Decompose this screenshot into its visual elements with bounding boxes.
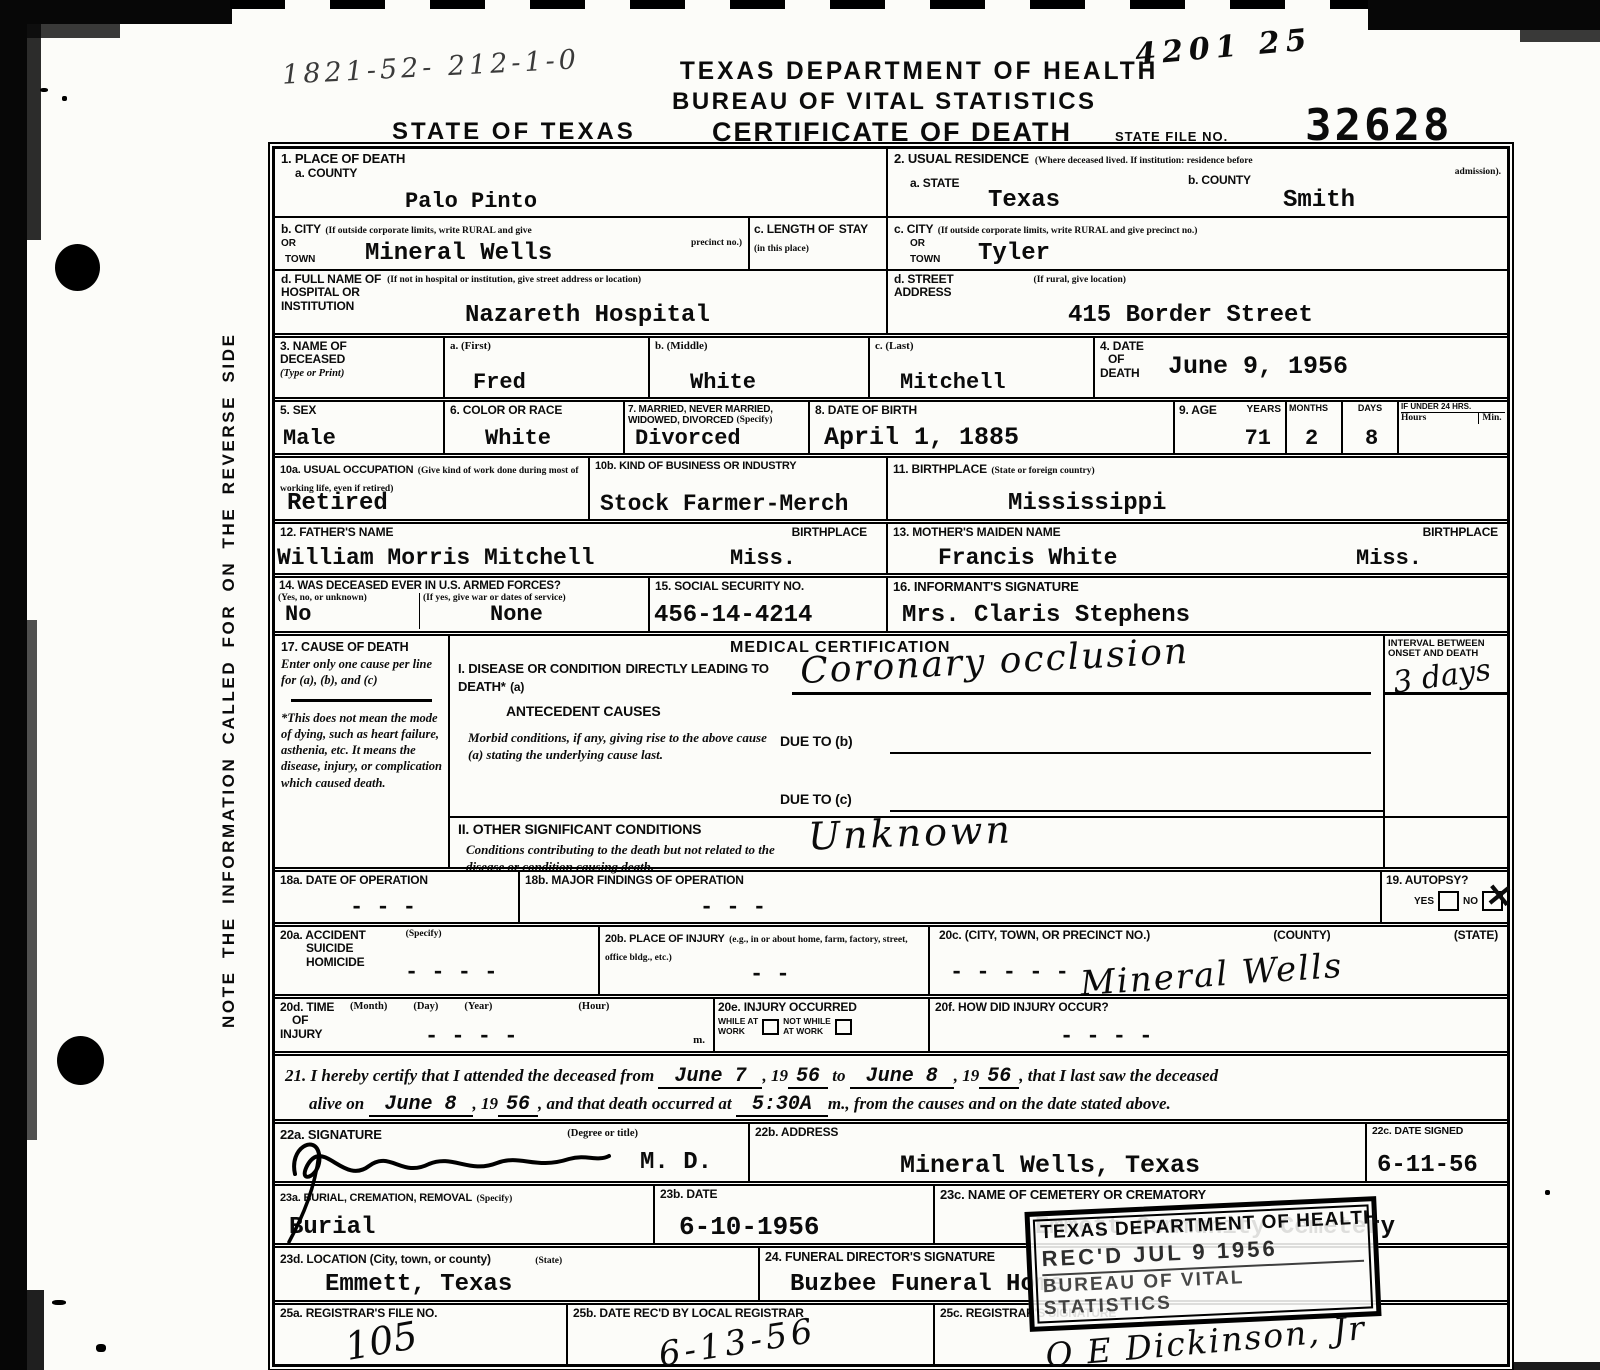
field-label: 23b. DATE	[660, 1188, 928, 1201]
field-label: BIRTHPLACE	[1335, 526, 1498, 539]
field-place-of-injury: 20b. PLACE OF INJURY (e.g., in or about …	[600, 927, 930, 994]
field-label: 10b. KIND OF BUSINESS OR INDUSTRY	[595, 460, 881, 472]
field-operation-findings: 18b. MAJOR FINDINGS OF OPERATION - - -	[520, 872, 1382, 922]
certify-text: alive on	[309, 1094, 364, 1113]
marital-value: Divorced	[635, 428, 741, 450]
rule-line	[1385, 692, 1507, 695]
rule-line-b	[890, 752, 1371, 754]
field-last-name: c. (Last) Mitchell	[870, 338, 1095, 397]
field-race: 6. COLOR OR RACE White	[445, 402, 625, 453]
scan-edge-left	[27, 620, 37, 1140]
field-label: 20d. TIME	[280, 1000, 334, 1014]
field-physician-address: 22b. ADDRESS Mineral Wells, Texas	[750, 1124, 1367, 1181]
field-label: 17. CAUSE OF DEATH	[281, 640, 442, 654]
field-label: 18b. MAJOR FINDINGS OF OPERATION	[525, 874, 1375, 887]
field-date-recd: 25b. DATE REC'D BY LOCAL REGISTRAR 6-13-…	[568, 1305, 935, 1364]
scan-edge-top-right	[1520, 30, 1600, 42]
date-recd-value: 6-13-56	[656, 1314, 819, 1370]
field-label: II. OTHER SIGNIFICANT CONDITIONS	[458, 822, 701, 838]
field-mother-name: 13. MOTHER'S MAIDEN NAME Francis White	[888, 524, 1330, 573]
birthplace-value: Mississippi	[1008, 492, 1166, 516]
field-label: 9. AGE	[1179, 404, 1217, 417]
field-note: (If outside corporate limits, write RURA…	[938, 226, 1198, 236]
field-label: Hours	[1401, 413, 1479, 424]
field-label: 22c. DATE SIGNED	[1372, 1126, 1502, 1138]
field-date-of-birth: 8. DATE OF BIRTH April 1, 1885	[810, 402, 1175, 453]
how-injury-value: - - - -	[1060, 1026, 1152, 1048]
field-label: (STATE)	[1454, 929, 1498, 942]
street-address-value: 415 Border Street	[1068, 304, 1313, 328]
field-label: c. (Last)	[875, 340, 1088, 353]
field-label: DEATH	[1100, 366, 1139, 380]
attended-from-year: 56	[788, 1067, 828, 1089]
autopsy-yes-label: YES	[1414, 896, 1434, 907]
row-place-residence: 1. PLACE OF DEATH a. COUNTY Palo Pinto b…	[275, 149, 1507, 333]
field-label: 20f. HOW DID INJURY OCCUR?	[935, 1001, 1502, 1014]
field-note: (Type or Print)	[280, 367, 438, 381]
header-certificate-title: CERTIFICATE OF DEATH	[712, 117, 1072, 148]
row-name-dod: 3. NAME OF DECEASED (Type or Print) a. (…	[275, 333, 1507, 397]
field-note: m.	[693, 1034, 705, 1047]
industry-value: Stock Farmer-Merch	[600, 493, 848, 516]
field-label: d. FULL NAME OF	[281, 273, 381, 286]
field-label: 4. DATE OF DEATH	[1100, 340, 1152, 380]
field-name-of-deceased: 3. NAME OF DECEASED (Type or Print)	[275, 338, 445, 397]
field-note: (If outside corporate limits, write RURA…	[325, 226, 531, 236]
last-name-value: Mitchell	[900, 372, 1006, 394]
dob-value: April 1, 1885	[824, 425, 1019, 450]
handwritten-file-annotation: 1821-52- 212-1-0	[281, 44, 580, 91]
field-armed-forces-detail: (If yes, give war or dates of service) N…	[420, 593, 648, 629]
scan-speck	[62, 96, 67, 101]
field-industry: 10b. KIND OF BUSINESS OR INDUSTRY Stock …	[590, 458, 888, 519]
field-place-of-death: 1. PLACE OF DEATH a. COUNTY Palo Pinto b…	[275, 149, 888, 333]
hole-punch	[57, 1036, 104, 1085]
father-name-value: William Morris Mitchell	[277, 547, 594, 570]
field-label: DECEASED	[280, 353, 438, 366]
field-how-injury-occurred: 20f. HOW DID INJURY OCCUR? - - - -	[930, 999, 1507, 1051]
field-medical-certification: MEDICAL CERTIFICATION I. DISEASE OR COND…	[450, 636, 1385, 867]
field-label: OF	[1108, 352, 1124, 366]
burial-date-value: 6-10-1956	[679, 1214, 819, 1240]
row-service-informant: 14. WAS DECEASED EVER IN U.S. ARMED FORC…	[275, 573, 1507, 631]
field-label: DUE TO (c)	[780, 792, 852, 808]
field-injury-occurred: 20e. INJURY OCCURRED WHILE AT WORK NOT W…	[715, 999, 930, 1051]
field-date-signed: 22c. DATE SIGNED 6-11-56	[1367, 1124, 1507, 1181]
field-label: 23d. LOCATION (City, town, or county)	[280, 1252, 491, 1266]
residence-county-value: Smith	[1283, 189, 1355, 213]
mother-name-value: Francis White	[938, 547, 1117, 570]
field-date-of-death: 4. DATE OF DEATH June 9, 1956	[1095, 338, 1507, 397]
field-label: BIRTHPLACE	[645, 526, 867, 539]
county-value: Palo Pinto	[405, 191, 537, 213]
scan-edge-top	[230, 0, 1370, 9]
reverse-side-note: NOTE THE INFORMATION CALLED FOR ON THE R…	[219, 328, 239, 1028]
field-place-city: b. CITY (If outside corporate limits, wr…	[275, 216, 886, 269]
field-physician-signature: 22a. SIGNATURE (Degree or title) M. D.	[275, 1124, 750, 1181]
certify-text: , 19	[954, 1066, 980, 1085]
field-note: Morbid conditions, if any, giving rise t…	[468, 730, 768, 764]
hole-punch	[55, 244, 100, 291]
row-medical-certification: 17. CAUSE OF DEATH Enter only one cause …	[275, 631, 1507, 867]
field-armed-forces: 14. WAS DECEASED EVER IN U.S. ARMED FORC…	[275, 578, 650, 631]
field-armed-forces-answer: (Yes, no, or unknown) No	[275, 593, 420, 629]
field-informant: 16. INFORMANT'S SIGNATURE Mrs. Claris St…	[888, 578, 1507, 631]
scan-edge-left	[0, 0, 27, 1370]
informant-value: Mrs. Claris Stephens	[902, 604, 1190, 628]
field-label: 8. DATE OF BIRTH	[815, 404, 1168, 417]
field-label: WORK	[718, 1026, 745, 1036]
field-label: YEARS	[1247, 404, 1281, 417]
field-label: IF UNDER 24 HRS.	[1401, 403, 1505, 412]
field-label: ADDRESS	[894, 286, 954, 299]
field-label: 1. PLACE OF DEATH	[281, 152, 880, 167]
field-ssn: 15. SOCIAL SECURITY NO. 456-14-4214	[650, 578, 888, 631]
last-seen-alive-value: June 8	[369, 1095, 473, 1117]
field-injury-location: 20c. (CITY, TOWN, OR PRECINCT NO.) (COUN…	[930, 927, 1507, 994]
field-note: precinct no.)	[691, 238, 742, 249]
field-label: b. (Middle)	[655, 340, 863, 353]
field-label: INSTITUTION	[281, 300, 381, 313]
field-label: 20d. TIME OF INJURY	[280, 1001, 342, 1041]
field-label: 11. BIRTHPLACE	[893, 462, 987, 476]
date-signed-value: 6-11-56	[1377, 1154, 1478, 1178]
field-label: 4. DATE	[1100, 339, 1144, 353]
field-label: 18a. DATE OF OPERATION	[280, 874, 513, 887]
state-file-no-label: STATE FILE NO.	[1115, 129, 1228, 144]
field-label: 10a. USUAL OCCUPATION	[280, 464, 413, 476]
field-label: 25b. DATE REC'D BY LOCAL REGISTRAR	[573, 1307, 928, 1320]
field-label: 3. NAME OF	[280, 340, 438, 353]
x-mark-icon: ✕	[1484, 876, 1515, 917]
while-at-work-label: WHILE AT WORK	[718, 1017, 758, 1036]
field-label: DUE TO (b)	[780, 734, 852, 750]
field-hospital: d. FULL NAME OF HOSPITAL OR INSTITUTION …	[275, 269, 886, 331]
field-date-of-operation: 18a. DATE OF OPERATION - - -	[275, 872, 520, 922]
field-accident-suicide-homicide: 20a. ACCIDENT SUICIDE HOMICIDE (Specify)…	[275, 927, 600, 994]
hospital-value: Nazareth Hospital	[465, 304, 710, 328]
field-label: WIDOWED, DIVORCED	[628, 415, 734, 426]
field-label: STAY	[839, 222, 868, 236]
city-value: Mineral Wells	[365, 242, 552, 266]
field-label: OR	[281, 238, 296, 249]
attended-from-value: June 7	[658, 1067, 762, 1089]
not-while-at-work-checkbox	[835, 1019, 852, 1035]
attended-to-value: June 8	[850, 1067, 954, 1089]
header-bureau: BUREAU OF VITAL STATISTICS	[672, 88, 1097, 116]
field-label: HOSPITAL OR	[281, 286, 381, 299]
date-of-death-value: June 9, 1956	[1168, 354, 1502, 379]
field-note: (Where deceased lived. If institution: r…	[1035, 156, 1253, 167]
field-autopsy: 19. AUTOPSY? YES NO ✕	[1382, 872, 1507, 922]
registrar-file-no-value: 105	[342, 1316, 420, 1366]
row-injury-2: 20d. TIME OF INJURY (Month) (Day) (Year)…	[275, 994, 1507, 1051]
residence-state-value: Texas	[988, 189, 1060, 213]
field-residence-state-county: 2. USUAL RESIDENCE (Where deceased lived…	[888, 149, 1507, 216]
field-label: Min.	[1479, 413, 1505, 424]
field-label: 19. AUTOPSY?	[1386, 874, 1503, 887]
scan-speck	[52, 1300, 66, 1305]
certify-text: , 19	[762, 1066, 788, 1085]
findings-value: - - -	[700, 897, 766, 919]
field-father-birthplace: BIRTHPLACE Miss.	[640, 524, 888, 573]
field-marital-status: 7. MARRIED, NEVER MARRIED, WIDOWED, DIVO…	[625, 402, 810, 453]
while-at-work-checkbox	[762, 1019, 779, 1035]
field-label: c. LENGTH OF	[754, 222, 834, 236]
field-father-name: 12. FATHER'S NAME William Morris Mitchel…	[275, 524, 640, 573]
certify-statement: 21. I hereby certify that I attended the…	[275, 1056, 1507, 1119]
field-label: 20c. (CITY, TOWN, OR PRECINCT NO.)	[939, 929, 1150, 942]
field-label: AT WORK	[783, 1026, 823, 1036]
residence-city-value: Tyler	[978, 242, 1050, 266]
armed-forces-value: No	[285, 604, 311, 626]
field-burial-location: 23d. LOCATION (City, town, or county) (S…	[275, 1248, 760, 1300]
field-label: 23c. NAME OF CEMETERY OR CREMATORY	[940, 1188, 1502, 1203]
field-label: TOWN	[910, 254, 940, 265]
field-label: SUICIDE	[306, 942, 366, 955]
field-middle-name: b. (Middle) White	[650, 338, 870, 397]
certify-text: m., from the causes and on the date stat…	[828, 1094, 1171, 1113]
field-label: 15. SOCIAL SECURITY NO.	[655, 580, 881, 593]
field-label: 13. MOTHER'S MAIDEN NAME	[893, 526, 1325, 539]
field-label: 20a. ACCIDENT	[280, 929, 366, 942]
field-age-days: DAYS 8	[1343, 402, 1399, 453]
autopsy-no-checkbox: ✕	[1482, 891, 1503, 911]
field-label: I. DISEASE OR CONDITION	[458, 661, 621, 676]
age-months-value: 2	[1305, 428, 1318, 450]
death-time-value: 5:30A	[736, 1095, 828, 1117]
scan-edge-bottom-left	[0, 1290, 44, 1370]
time-of-injury-value: - - - -	[425, 1026, 517, 1048]
field-label: MONTHS	[1289, 404, 1339, 414]
field-label: 6. COLOR OR RACE	[450, 404, 618, 417]
field-birthplace: 11. BIRTHPLACE (State or foreign country…	[888, 458, 1507, 519]
field-place-county: 1. PLACE OF DEATH a. COUNTY Palo Pinto	[275, 149, 886, 216]
field-label: (a)	[510, 680, 524, 694]
field-label: OF	[292, 1013, 308, 1027]
age-years-value: 71	[1245, 428, 1271, 450]
age-days-value: 8	[1365, 428, 1378, 450]
scan-speck	[40, 88, 48, 92]
field-label: c. CITY	[894, 222, 933, 236]
field-label: (COUNTY)	[1273, 929, 1330, 942]
middle-name-value: White	[690, 372, 756, 394]
field-disease-label: I. DISEASE OR CONDITION DIRECTLY LEADING…	[458, 660, 788, 696]
scan-edge-top	[0, 24, 120, 38]
scan-speck	[1545, 1190, 1550, 1195]
field-note: (State or foreign country)	[991, 466, 1094, 476]
sex-value: Male	[283, 428, 336, 450]
father-birthplace-value: Miss.	[730, 548, 796, 570]
field-label: ANTECEDENT CAUSES	[506, 704, 661, 720]
field-label: INJURY	[280, 1027, 322, 1041]
physician-signature-scrawl	[281, 1130, 611, 1250]
field-mother-birthplace: BIRTHPLACE Miss.	[1330, 524, 1507, 573]
funeral-director-value: Buzbee Funeral Home	[790, 1273, 1064, 1297]
field-label: 14. WAS DECEASED EVER IN U.S. ARMED FORC…	[275, 578, 648, 593]
field-label: 22b. ADDRESS	[755, 1126, 1360, 1139]
rule-line	[1385, 816, 1507, 818]
field-usual-residence: 2. USUAL RESIDENCE (Where deceased lived…	[888, 149, 1507, 333]
field-note: (in this place)	[754, 244, 809, 254]
header-department: TEXAS DEPARTMENT OF HEALTH	[680, 57, 1158, 86]
certify-text: 21. I hereby certify that I attended the…	[285, 1066, 654, 1085]
row-occupation: 10a. USUAL OCCUPATION (Give kind of work…	[275, 453, 1507, 519]
divider	[291, 699, 433, 702]
mother-birthplace-value: Miss.	[1356, 548, 1422, 570]
row-operation: 18a. DATE OF OPERATION - - - 18b. MAJOR …	[275, 867, 1507, 922]
row-vitals: 5. SEX Male 6. COLOR OR RACE White 7. MA…	[275, 397, 1507, 453]
field-label: 16. INFORMANT'S SIGNATURE	[893, 580, 1502, 595]
rule-line-a	[792, 692, 1371, 695]
field-first-name: a. (First) Fred	[445, 338, 650, 397]
field-note: (Specify)	[737, 415, 773, 426]
field-age-under-24: IF UNDER 24 HRS. Hours Min.	[1399, 402, 1507, 453]
field-length-of-stay: c. LENGTH OF STAY (in this place)	[748, 218, 886, 269]
attended-to-year: 56	[979, 1067, 1019, 1089]
degree-value: M. D.	[640, 1151, 712, 1175]
field-note: (Day)	[413, 1001, 438, 1013]
field-label: 7. MARRIED, NEVER MARRIED,	[628, 404, 805, 415]
field-label: d. STREET	[894, 273, 954, 286]
ssn-value: 456-14-4214	[654, 604, 812, 628]
first-name-value: Fred	[473, 372, 526, 394]
death-certificate-scan: NOTE THE INFORMATION CALLED FOR ON THE R…	[0, 0, 1600, 1370]
field-residence-city: c. CITY (If outside corporate limits, wr…	[888, 216, 1507, 269]
last-seen-alive-year: 56	[498, 1095, 538, 1117]
accident-value: - - - -	[405, 962, 497, 984]
field-label: 2. USUAL RESIDENCE	[894, 152, 1029, 167]
field-label: DAYS	[1345, 404, 1395, 414]
received-stamp: TEXAS DEPARTMENT OF HEALTH REC'D JUL 9 1…	[1024, 1196, 1381, 1332]
injury-location-dashes: - - - - -	[950, 962, 1069, 984]
field-note: Enter only one cause per line for (a), (…	[281, 656, 442, 689]
race-value: White	[485, 428, 551, 450]
field-label: a. STATE	[910, 177, 959, 190]
field-note: (State)	[535, 1256, 562, 1266]
field-label: HOMICIDE	[306, 956, 366, 969]
row-certify-statement: 21. I hereby certify that I attended the…	[275, 1051, 1507, 1119]
field-note: *This does not mean the mode of dying, s…	[281, 710, 442, 791]
field-label: a. COUNTY	[295, 167, 880, 180]
field-note: (Year)	[464, 1001, 492, 1013]
scan-speck	[96, 1344, 106, 1352]
header-state-of-texas: STATE OF TEXAS	[392, 118, 636, 146]
field-registrar-file-no: 25a. REGISTRAR'S FILE NO. 105	[275, 1305, 568, 1364]
date-of-operation-value: - - -	[350, 897, 416, 919]
certify-text: to	[832, 1066, 845, 1085]
armed-forces-detail-value: None	[490, 604, 543, 626]
not-while-at-work-label: NOT WHILE AT WORK	[783, 1017, 831, 1036]
certify-text: , and that death occurred at	[538, 1094, 732, 1113]
field-place-city-inner: b. CITY (If outside corporate limits, wr…	[275, 218, 748, 269]
field-label: 20e. INJURY OCCURRED	[718, 1001, 925, 1014]
field-label: a. (First)	[450, 340, 643, 353]
state-file-number: 32628	[1305, 100, 1452, 151]
handwritten-number-annotation: 4201 25	[1134, 22, 1314, 72]
occupation-value: Retired	[287, 492, 388, 516]
row-injury-1: 20a. ACCIDENT SUICIDE HOMICIDE (Specify)…	[275, 922, 1507, 994]
field-age-years: 9. AGE YEARS 71	[1175, 402, 1287, 453]
field-occupation: 10a. USUAL OCCUPATION (Give kind of work…	[275, 458, 590, 519]
row-attending-physician: 22a. SIGNATURE (Degree or title) M. D. 2…	[275, 1119, 1507, 1181]
field-label: 25a. REGISTRAR'S FILE NO.	[280, 1307, 561, 1320]
certificate-form: 1. PLACE OF DEATH a. COUNTY Palo Pinto b…	[272, 146, 1510, 1367]
field-note: (If rural, give location)	[1034, 275, 1126, 300]
physician-address-value: Mineral Wells, Texas	[900, 1153, 1200, 1178]
field-residence-street: d. STREET ADDRESS (If rural, give locati…	[888, 269, 1507, 331]
field-label: TOWN	[285, 254, 315, 265]
autopsy-yes-checkbox	[1438, 891, 1459, 911]
field-label: b. COUNTY	[1188, 174, 1251, 187]
scan-edge-top-right	[1368, 0, 1600, 30]
certify-text: , that I last saw the deceased	[1019, 1066, 1218, 1085]
field-cause-of-death-notes: 17. CAUSE OF DEATH Enter only one cause …	[275, 636, 450, 867]
field-age-months: MONTHS 2	[1287, 402, 1343, 453]
field-label: 5. SEX	[280, 404, 438, 417]
field-interval: INTERVAL BETWEEN ONSET AND DEATH 3 days	[1385, 636, 1507, 867]
place-of-injury-value: - -	[750, 964, 790, 986]
field-label: b. CITY	[281, 222, 321, 236]
field-note: (Hour)	[578, 1001, 609, 1013]
certify-text: , 19	[473, 1094, 499, 1113]
scan-edge-top	[0, 0, 232, 24]
field-sex: 5. SEX Male	[275, 402, 445, 453]
field-time-of-injury: 20d. TIME OF INJURY (Month) (Day) (Year)…	[275, 999, 715, 1051]
row-parents: 12. FATHER'S NAME William Morris Mitchel…	[275, 519, 1507, 573]
autopsy-no-label: NO	[1463, 896, 1478, 907]
burial-location-value: Emmett, Texas	[325, 1273, 512, 1297]
field-label: 12. FATHER'S NAME	[280, 526, 635, 539]
field-note: (Month)	[350, 1001, 387, 1013]
field-label: 20b. PLACE OF INJURY	[605, 933, 725, 945]
field-burial-date: 23b. DATE 6-10-1956	[655, 1186, 935, 1243]
other-conditions-value: Unknown	[807, 810, 1013, 855]
